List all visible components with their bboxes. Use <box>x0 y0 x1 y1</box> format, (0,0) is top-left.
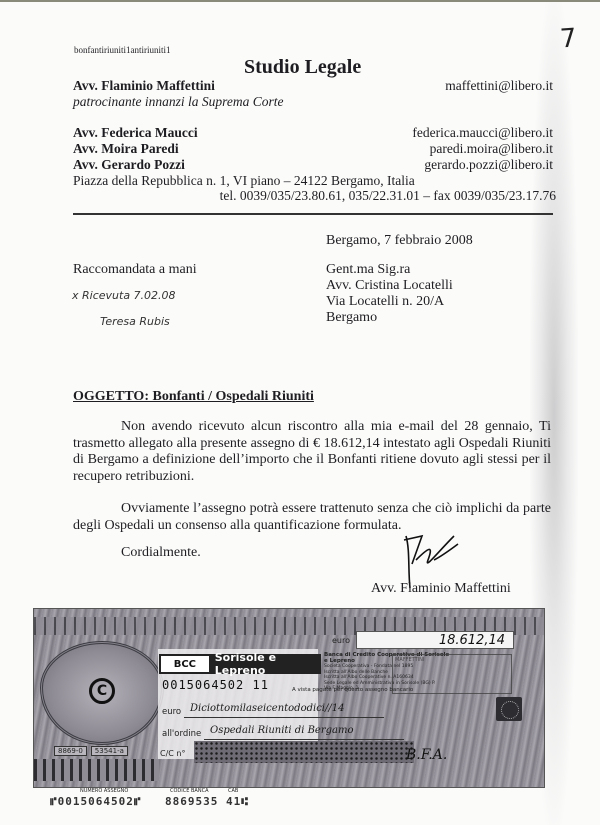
firm-address: Piazza della Repubblica n. 1, VI piano –… <box>73 173 415 189</box>
associate-name: Avv. Federica Maucci <box>73 125 198 141</box>
scan-edge-line <box>0 0 600 2</box>
cheque-codes: 8869-053541-a <box>54 747 132 755</box>
document-reference: bonfantiriuniti1antiriuniti1 <box>74 45 171 55</box>
bcc-logo-icon: BCC <box>161 656 209 672</box>
associate-name: Avv. Gerardo Pozzi <box>73 157 185 173</box>
principal-name: Avv. Flaminio Maffettini <box>73 78 215 94</box>
page-number: 7 <box>559 23 578 54</box>
bank-emblem-icon: C <box>89 678 115 704</box>
letter-subject: OGGETTO: Bonfanti / Ospedali Riuniti <box>73 389 314 405</box>
signatory-name: Avv. Flaminio Maffettini <box>371 581 511 597</box>
principal-title: patrocinante innanzi la Suprema Corte <box>73 94 284 110</box>
account-label: C/C n° <box>160 749 185 758</box>
micr-label: CODICE BANCA <box>170 788 209 794</box>
payee-name: Ospedali Riuniti di Bergamo <box>210 725 353 736</box>
recipient-name: Avv. Cristina Locatelli <box>326 278 453 294</box>
scanned-letter-page: 7 bonfantiriuniti1antiriuniti1 Studio Le… <box>0 0 600 825</box>
letter-paragraph: Non avendo ricevuto alcun riscontro alla… <box>73 419 551 485</box>
micr-label: NUMERO ASSEGNO <box>80 788 128 794</box>
account-number-band <box>194 741 414 763</box>
firm-phones: tel. 0039/035/23.80.61, 035/22.31.01 – f… <box>220 188 556 204</box>
cheque-signature: B.F.A. <box>406 747 447 763</box>
stamp-text: MAFFETTINI <box>395 657 424 663</box>
cheque-amount: 18.612,14 <box>356 631 514 649</box>
euro-words-label: euro <box>162 707 181 717</box>
bank-cheque: C 8869-053541-a BCC Sorisole e Lepreno B… <box>33 608 545 788</box>
paragraph-text: Ovviamente l’assegno potrà essere tratte… <box>73 501 551 533</box>
recipient-salutation: Gent.ma Sig.ra <box>326 262 410 278</box>
associate-email: gerardo.pozzi@libero.it <box>424 157 553 173</box>
field-line <box>184 717 384 718</box>
handwritten-receipt-note: x Ricevuta 7.02.08 <box>72 289 176 302</box>
associate-name: Avv. Moira Paredi <box>73 141 179 157</box>
payee-label: all'ordine <box>162 729 201 739</box>
paragraph-text: Non avendo ricevuto alcun riscontro alla… <box>73 419 551 484</box>
place-date: Bergamo, 7 febbraio 2008 <box>326 233 473 249</box>
letter-paragraph: Ovviamente l’assegno potrà essere tratte… <box>73 501 551 534</box>
micr-bank-code: 8869535 41⑆ <box>165 795 249 808</box>
code-box: 8869-0 <box>54 746 87 756</box>
bank-branch-name: Sorisole e Lepreno <box>215 651 321 677</box>
field-line <box>204 739 404 740</box>
recipient-street: Via Locatelli n. 20/A <box>326 294 444 310</box>
firm-name: Studio Legale <box>244 56 361 79</box>
delivery-method: Raccomandata a mani <box>73 262 197 278</box>
amount-in-words: Diciottomilaseicentododici//14 <box>190 703 344 714</box>
euro-label: euro <box>332 636 350 645</box>
cheque-instruction: A vista pagate per questo assegno bancar… <box>292 687 413 693</box>
associate-email: paredi.moira@libero.it <box>430 141 553 157</box>
bank-banner: BCC Sorisole e Lepreno <box>159 654 321 674</box>
cheque-number: 0015064502 11 <box>162 678 269 692</box>
recipient-city: Bergamo <box>326 310 377 326</box>
micr-cheque-number: ⑈0015064502⑈ <box>50 795 141 808</box>
header-divider <box>73 213 553 215</box>
closing: Cordialmente. <box>121 545 201 561</box>
cheque-rosette: C <box>40 641 164 745</box>
associate-email: federica.maucci@libero.it <box>412 125 553 141</box>
principal-email: maffettini@libero.it <box>445 78 553 94</box>
euro-hologram-icon <box>496 697 522 721</box>
micr-label: CAB <box>228 788 238 794</box>
handwritten-receiver-name: Teresa Rubis <box>100 315 170 328</box>
code-box: 53541-a <box>91 746 128 756</box>
cheque-security-band <box>34 759 159 781</box>
